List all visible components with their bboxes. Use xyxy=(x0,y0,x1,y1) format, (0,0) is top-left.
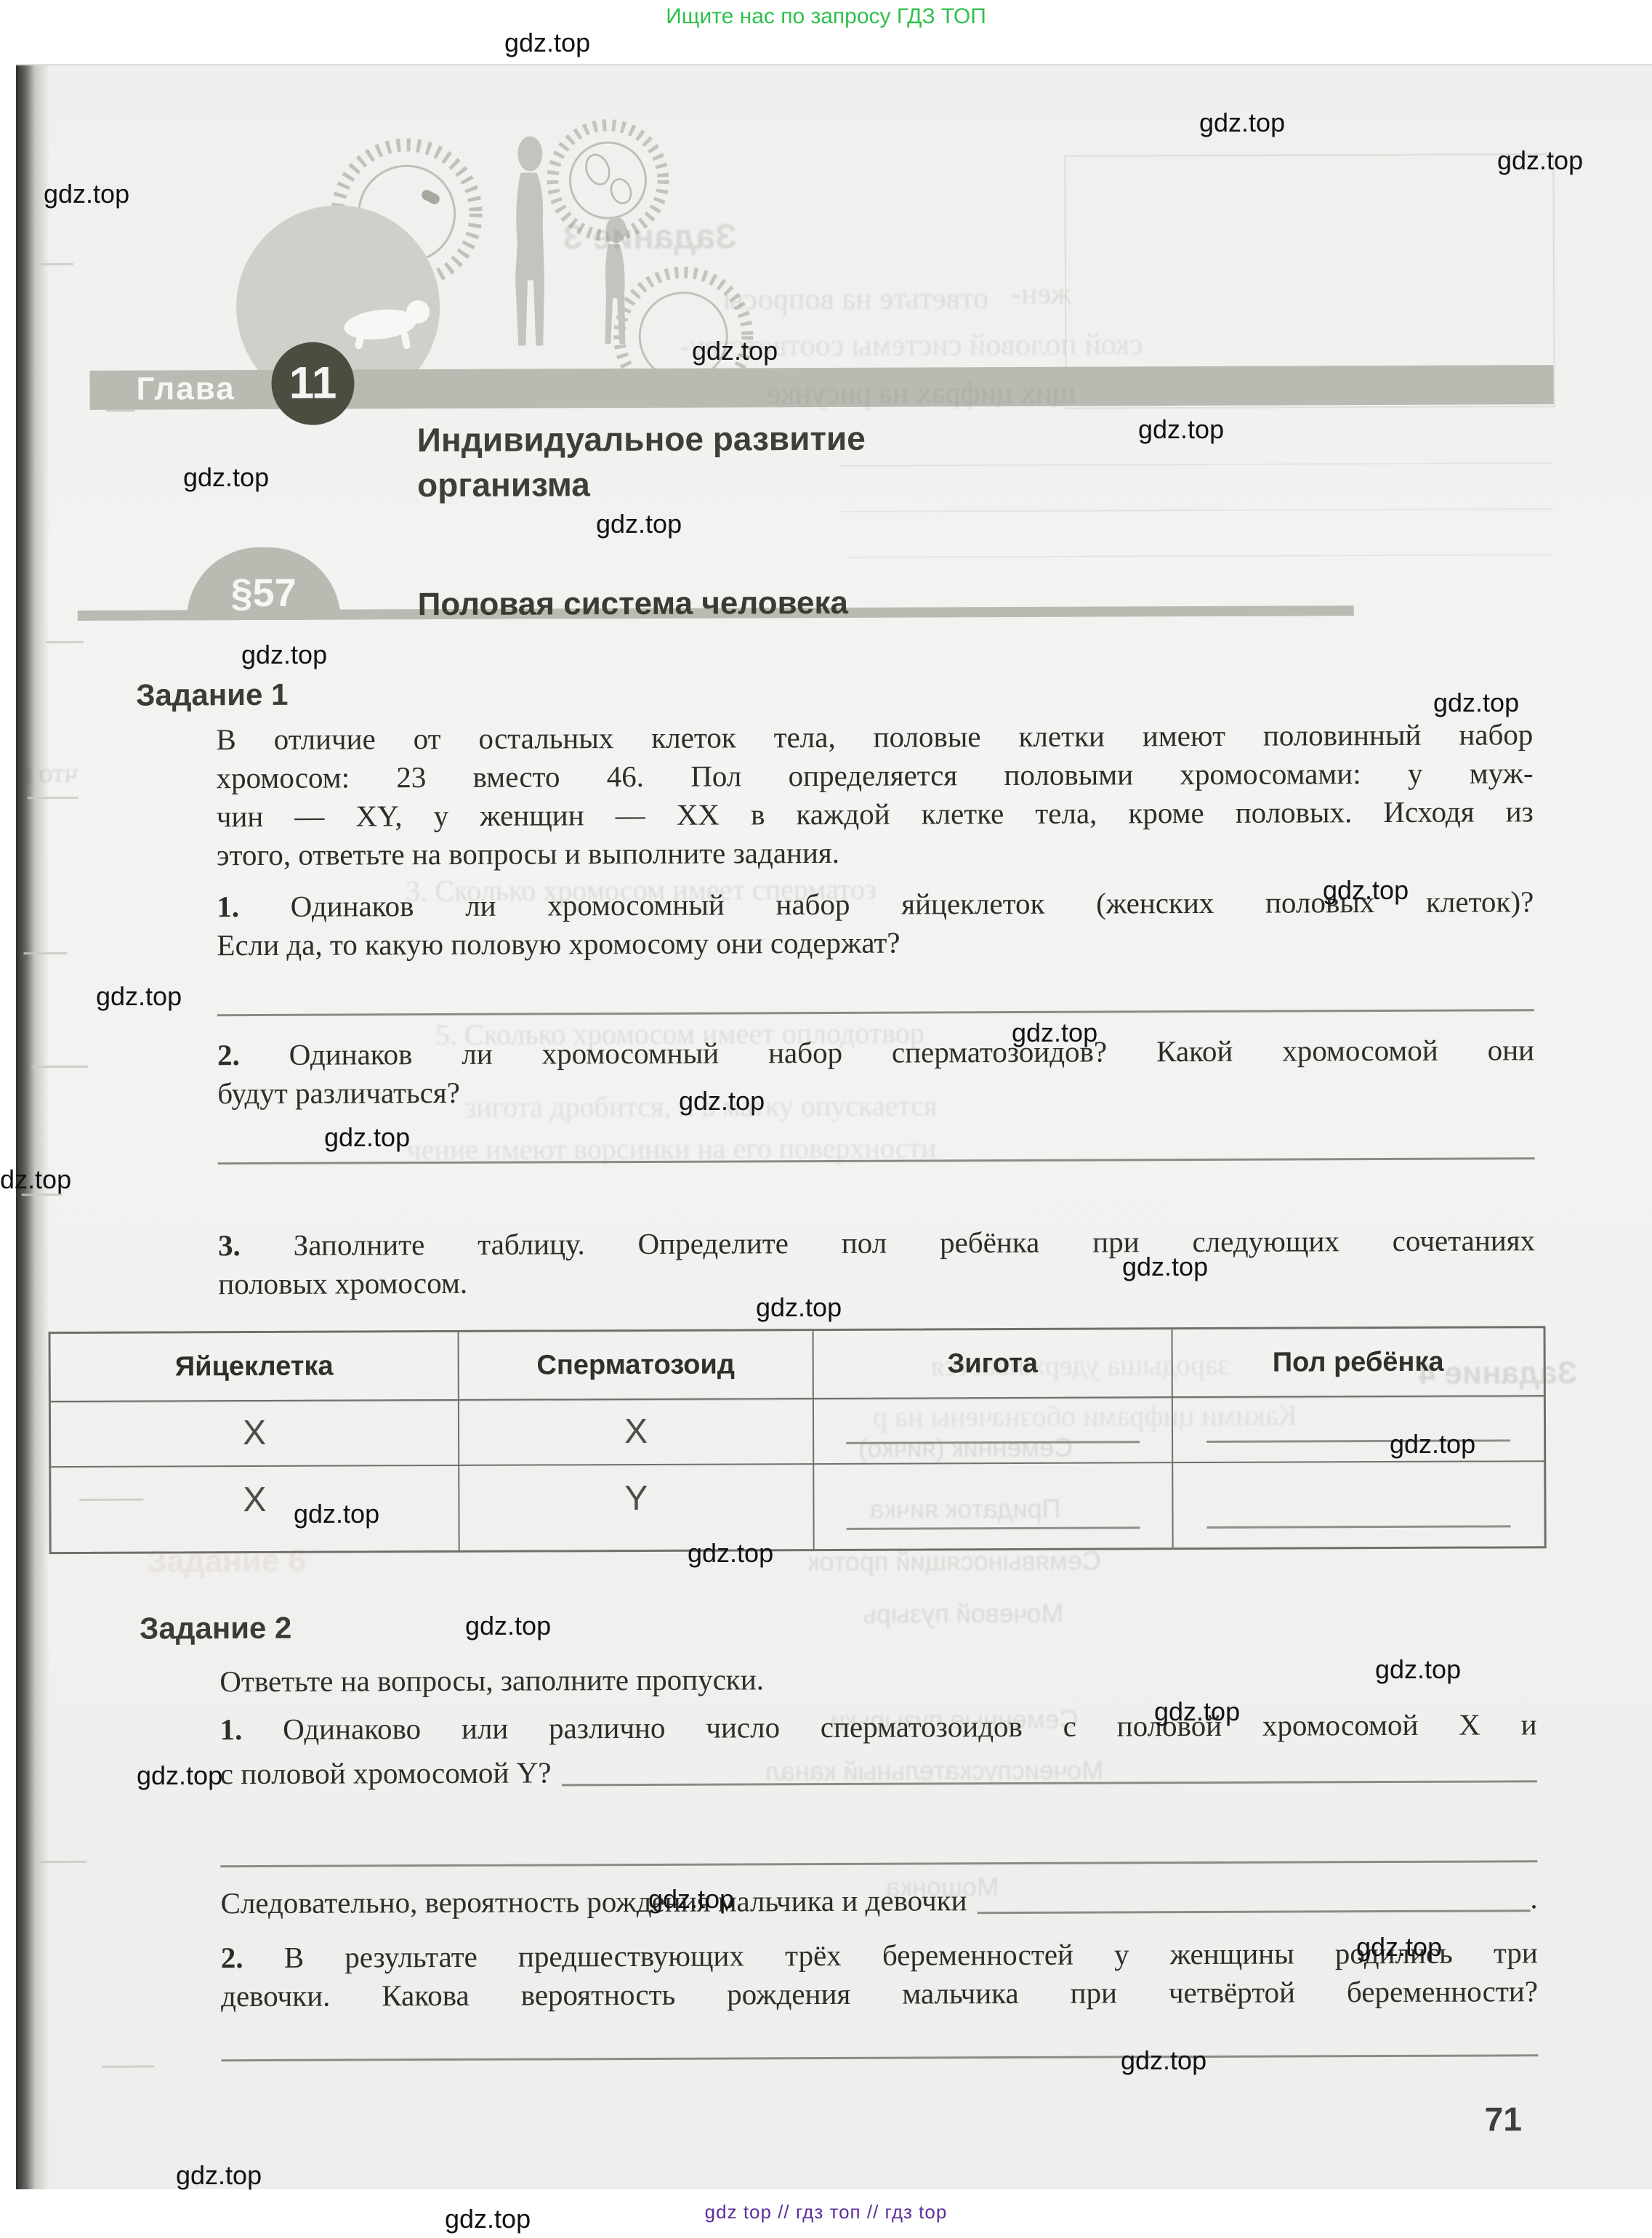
question-text: Если да, то какую половую хромосому они … xyxy=(217,921,1534,965)
page-root: Ищите нас по запросу ГДЗ ТОП Задание 3от… xyxy=(0,0,1652,2238)
gdz-watermark: gdz.top xyxy=(596,509,682,539)
answer-line xyxy=(562,1780,1537,1786)
section-number-badge: §57 xyxy=(186,547,340,621)
question-text: Одинаково или различно число сперматозои… xyxy=(283,1707,1537,1746)
question-number: 2. xyxy=(217,1038,240,1071)
site-footer: gdz top // гдз топ // гдз top xyxy=(0,2201,1652,2223)
gdz-watermark: gdz.top xyxy=(176,2160,262,2191)
task2-question1-line1: 1. Одинаково или различно число спермато… xyxy=(220,1705,1537,1749)
gdz-watermark: gdz.top xyxy=(648,1884,734,1915)
question-text: В результате предшествующих трёх беремен… xyxy=(284,1936,1538,1974)
page-number: 71 xyxy=(1485,2101,1522,2137)
section-title: Половая система человека xyxy=(418,584,848,624)
bleed-ruled-line xyxy=(840,508,1552,512)
scan-smudge xyxy=(24,952,68,954)
answer-line xyxy=(978,1909,1531,1914)
question-text: половых хромосом. xyxy=(218,1260,1535,1303)
answer-line xyxy=(217,1009,1534,1016)
table-cell-zygote-row2 xyxy=(813,1462,1172,1549)
question-number: 2. xyxy=(221,1941,243,1974)
answer-line xyxy=(846,1441,1139,1444)
table-cell-sperm-row2: Y xyxy=(458,1463,813,1550)
task1-question2: 2. Одинаков ли хромосомный набор спермат… xyxy=(217,1031,1534,1113)
gdz-watermark: gdz.top xyxy=(465,1611,551,1641)
gdz-watermark: gdz.top xyxy=(137,1760,222,1791)
task2-question2: 2. В результате предшествующих трёх бере… xyxy=(221,1933,1538,2016)
chapter-label: Глава xyxy=(136,369,235,410)
gdz-watermark: gdz.top xyxy=(692,336,778,366)
table-header-sperm: Сперматозоид xyxy=(458,1331,813,1399)
bleed-through-layer: Задание 3ответьте на вопросыжен-ской пол… xyxy=(0,0,1647,3)
answer-line xyxy=(221,2054,1538,2061)
gdz-watermark: gdz.top xyxy=(183,462,269,493)
table-cell-sperm-row1: X xyxy=(458,1398,813,1465)
task1-intro: В отличие от остальных клеток тела, поло… xyxy=(216,715,1534,874)
gdz-watermark: gdz.top xyxy=(1012,1018,1097,1048)
gdz-watermark: gdz.top xyxy=(96,981,182,1012)
task1-question3: 3. Заполните таблицу. Определите пол реб… xyxy=(218,1221,1535,1303)
gdz-watermark: gdz.top xyxy=(445,2204,531,2234)
gdz-watermark: gdz.top xyxy=(44,179,129,209)
paper-content: Задание 3ответьте на вопросыжен-ской пол… xyxy=(0,0,1652,2238)
table-cell-childsex-row1 xyxy=(1172,1395,1544,1462)
table-cell-childsex-row2 xyxy=(1172,1460,1544,1547)
task2-conclusion: Следовательно, вероятность рождения маль… xyxy=(220,1884,1537,1923)
scan-smudge xyxy=(46,641,84,643)
question-number: 3. xyxy=(218,1228,241,1262)
intro-line: хромосом: 23 вместо 46. Пол определяется… xyxy=(217,754,1534,797)
scan-smudge xyxy=(40,1861,86,1863)
bleed-through-text: Мочевой пузырь xyxy=(863,1598,1063,1630)
gdz-watermark: gdz.top xyxy=(324,1122,410,1153)
question-text: Одинаков ли хромосомный набор сперматозо… xyxy=(289,1033,1535,1071)
gdz-watermark: gdz.top xyxy=(1356,1932,1442,1963)
task1-heading: Задание 1 xyxy=(136,677,288,714)
gdz-watermark: gdz.top xyxy=(1433,688,1519,718)
bleed-ruled-line xyxy=(840,462,1552,467)
chapter-number-badge: 11 xyxy=(271,342,354,424)
gdz-watermark: gdz.top xyxy=(1199,108,1285,138)
adult-silhouette xyxy=(515,136,544,345)
chapter-title-line2: организма xyxy=(417,461,866,507)
gdz-watermark: gdz.top xyxy=(756,1292,842,1323)
gdz-watermark: gdz.top xyxy=(1390,1429,1475,1460)
table-header-zygote: Зигота xyxy=(813,1329,1172,1398)
question-number: 1. xyxy=(220,1712,243,1746)
scan-smudge xyxy=(106,410,135,412)
task2-question1-line2: с половой хромосомой Y? xyxy=(220,1755,1537,1793)
task2-heading: Задание 2 xyxy=(140,1610,291,1647)
gdz-watermark: gdz.top xyxy=(504,28,590,58)
chapter-title-line1: Индивидуальное развитие xyxy=(417,416,866,462)
answer-line xyxy=(1206,1525,1510,1529)
gdz-watermark: gdz.top xyxy=(1121,2045,1206,2076)
bleed-through-text: жен- xyxy=(1011,277,1072,312)
answer-line xyxy=(220,1860,1537,1867)
intro-line: чин — XY, у женщин — XX в каждой клетке … xyxy=(217,792,1534,836)
answer-line xyxy=(847,1526,1140,1530)
gdz-watermark: gdz.top xyxy=(1122,1252,1208,1282)
conclusion-text: Следовательно, вероятность рождения маль… xyxy=(220,1881,967,1923)
question-text: девочки. Какова вероятность рождения мал… xyxy=(221,1972,1538,2016)
intro-line: В отличие от остальных клеток тела, поло… xyxy=(216,715,1533,759)
scan-smudge-layer xyxy=(0,0,1647,3)
gdz-watermark: gdz.top xyxy=(679,1086,765,1116)
gdz-watermark: gdz.top xyxy=(0,1164,71,1195)
intro-line: этого, ответьте на вопросы и выполните з… xyxy=(217,831,1534,874)
scan-smudge xyxy=(40,263,73,265)
gdz-watermark: gdz.top xyxy=(1154,1696,1240,1727)
gdz-watermark: gdz.top xyxy=(241,640,327,670)
gdz-watermark: gdz.top xyxy=(1138,414,1224,445)
gdz-watermark: gdz.top xyxy=(688,1538,773,1569)
bleed-through-text: Задание 3 xyxy=(563,217,737,257)
bleed-through-text: щих цифрах на рисунке xyxy=(767,376,1075,412)
scan-smudge xyxy=(31,1066,88,1068)
table-cell-zygote-row1 xyxy=(813,1396,1172,1463)
bleed-through-text: ответьте на вопросы xyxy=(723,281,988,317)
table-cell-egg-row1: X xyxy=(51,1399,458,1466)
task2-intro: Ответьте на вопросы, заполните пропуски. xyxy=(219,1657,1536,1701)
table-header-childsex: Пол ребёнка xyxy=(1172,1328,1544,1396)
question-text: Заполните таблицу. Определите пол ребёнк… xyxy=(294,1223,1535,1262)
chapter-title: Индивидуальное развитие организма xyxy=(417,416,866,507)
chromosome-table: Яйцеклетка Сперматозоид Зигота Пол ребён… xyxy=(49,1326,1547,1554)
gdz-watermark: gdz.top xyxy=(1323,875,1409,906)
question-text: с половой хромосомой Y? xyxy=(220,1753,552,1793)
scan-smudge xyxy=(28,797,78,799)
table-header-egg: Яйцеклетка xyxy=(51,1332,458,1401)
scan-smudge xyxy=(102,2066,154,2068)
bleed-through-text: что и xyxy=(17,757,78,789)
question-number: 1. xyxy=(217,890,239,923)
gdz-watermark: gdz.top xyxy=(1497,145,1583,176)
table-cell-egg-row2: X xyxy=(51,1465,458,1552)
question-text: будут различаться? xyxy=(217,1069,1534,1113)
conclusion-period: . xyxy=(1530,1879,1537,1917)
intro-line: Ответьте на вопросы, заполните пропуски. xyxy=(219,1657,1536,1701)
gdz-watermark: gdz.top xyxy=(294,1499,379,1529)
bleed-ruled-line xyxy=(847,554,1551,558)
gdz-watermark: gdz.top xyxy=(1375,1654,1461,1685)
